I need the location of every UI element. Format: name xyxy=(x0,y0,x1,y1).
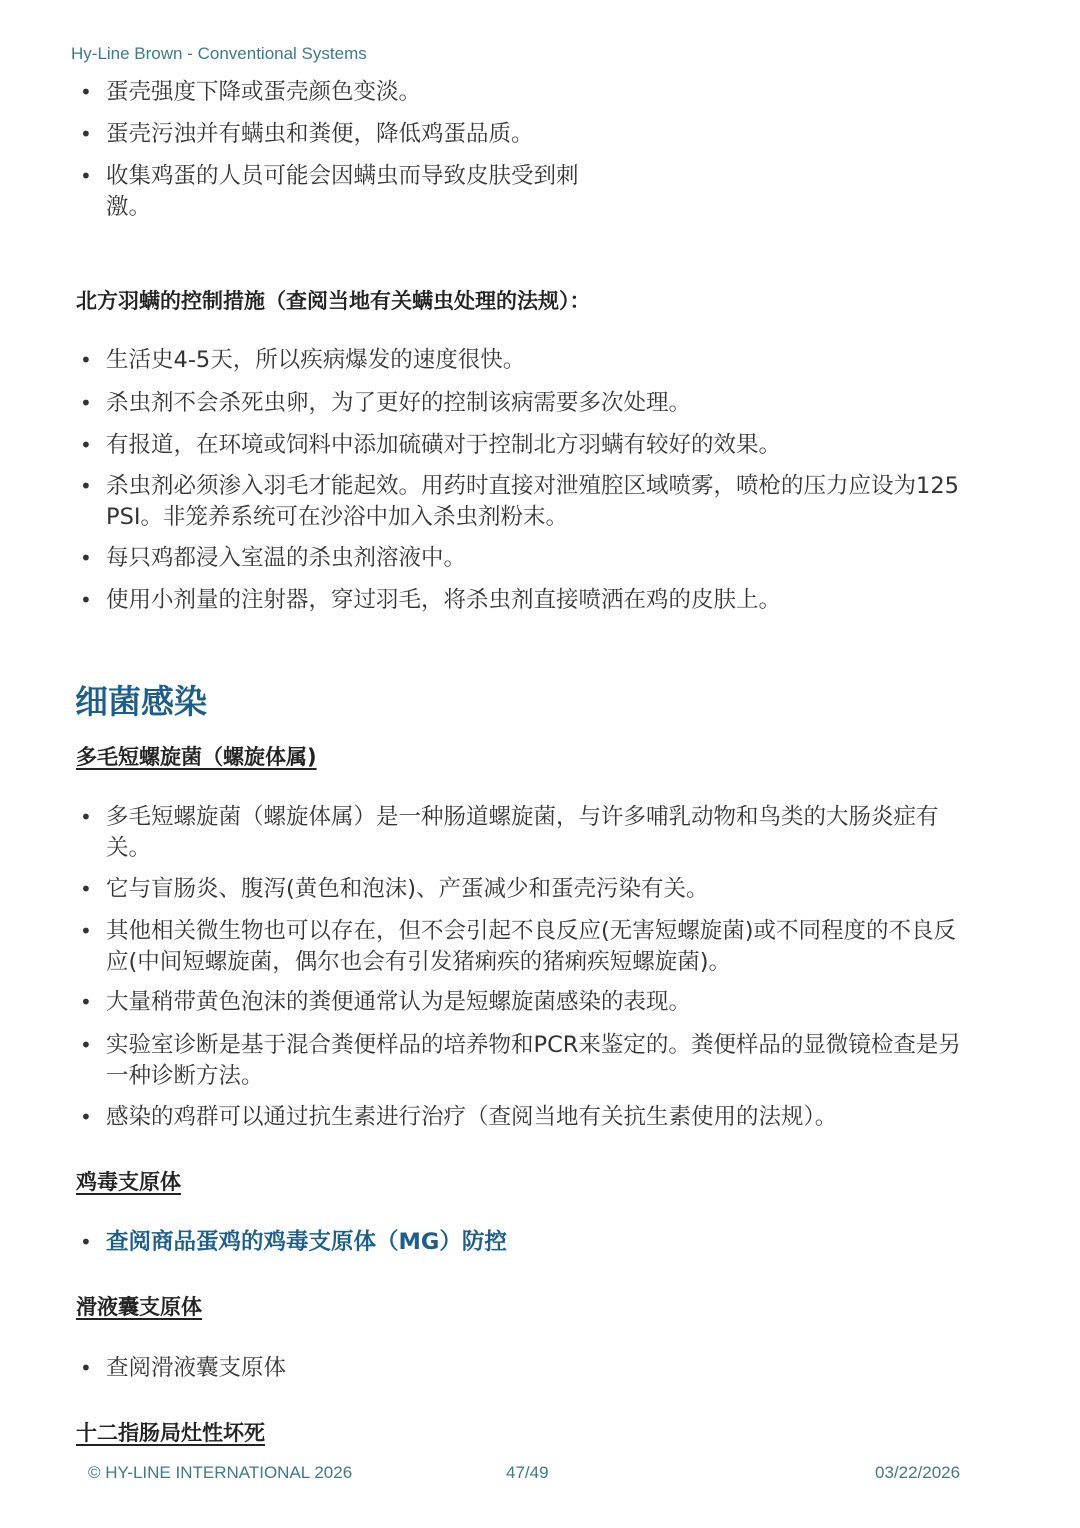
control-measures-heading: 北方羽螨的控制措施（查阅当地有关螨虫处理的法规）： xyxy=(76,285,591,315)
footer-copyright: © HY-LINE INTERNATIONAL 2026 xyxy=(88,1463,352,1483)
list-item: 每只鸡都浸入室温的杀虫剂溶液中。 xyxy=(106,543,986,574)
list-item: 大量稍带黄色泡沫的粪便通常认为是短螺旋菌感染的表现。 xyxy=(106,987,986,1018)
list-item: 实验室诊断是基于混合粪便样品的培养物和PCR来鉴定的。粪便样品的显微镜检查是另一… xyxy=(106,1030,976,1092)
list-item: 感染的鸡群可以通过抗生素进行治疗（查阅当地有关抗生素使用的法规）。 xyxy=(106,1102,986,1133)
list-item: 有报道，在环境或饲料中添加硫磺对于控制北方羽螨有较好的效果。 xyxy=(106,430,986,461)
list-item: 多毛短螺旋菌（螺旋体属）是一种肠道螺旋菌，与许多哺乳动物和鸟类的大肠炎症有关。 xyxy=(106,802,976,864)
list-item: 蛋壳污浊并有螨虫和粪便，降低鸡蛋品质。 xyxy=(106,119,986,150)
subheading-focal-duodenal-necrosis: 十二指肠局灶性坏死 xyxy=(76,1417,265,1447)
list-item: 收集鸡蛋的人员可能会因螨虫而导致皮肤受到刺 激。 xyxy=(106,161,626,223)
list-item: 生活史4-5天，所以疾病爆发的速度很快。 xyxy=(106,345,986,376)
list-item: 查阅滑液囊支原体 xyxy=(106,1353,986,1384)
list-item: 它与盲肠炎、腹泻(黄色和泡沫)、产蛋减少和蛋壳污染有关。 xyxy=(106,874,986,905)
footer-page-number: 47/49 xyxy=(506,1463,549,1483)
section-title: 细菌感染 xyxy=(75,676,207,723)
list-item: 杀虫剂不会杀死虫卵，为了更好的控制该病需要多次处理。 xyxy=(106,388,986,419)
subheading-mycoplasma-gallisepticum: 鸡毒支原体 xyxy=(76,1166,181,1196)
running-header: Hy-Line Brown - Conventional Systems xyxy=(71,44,367,64)
list-item: 蛋壳强度下降或蛋壳颜色变淡。 xyxy=(106,77,986,108)
list-item: 杀虫剂必须渗入羽毛才能起效。用药时直接对泄殖腔区域喷雾，喷枪的压力应设为125 … xyxy=(106,471,976,533)
list-item: 其他相关微生物也可以存在，但不会引起不良反应(无害短螺旋菌)或不同程度的不良反应… xyxy=(106,916,968,978)
subheading-mycoplasma-synoviae: 滑液囊支原体 xyxy=(76,1291,202,1321)
mg-control-link[interactable]: 查阅商品蛋鸡的鸡毒支原体（MG）防控 xyxy=(106,1227,986,1258)
subheading-brachyspira: 多毛短螺旋菌（螺旋体属) xyxy=(76,741,317,771)
list-item: 查阅商品蛋鸡的鸡毒支原体（MG）防控 xyxy=(106,1227,986,1258)
list-item: 使用小剂量的注射器，穿过羽毛，将杀虫剂直接喷洒在鸡的皮肤上。 xyxy=(106,585,986,616)
footer-date: 03/22/2026 xyxy=(875,1463,960,1483)
